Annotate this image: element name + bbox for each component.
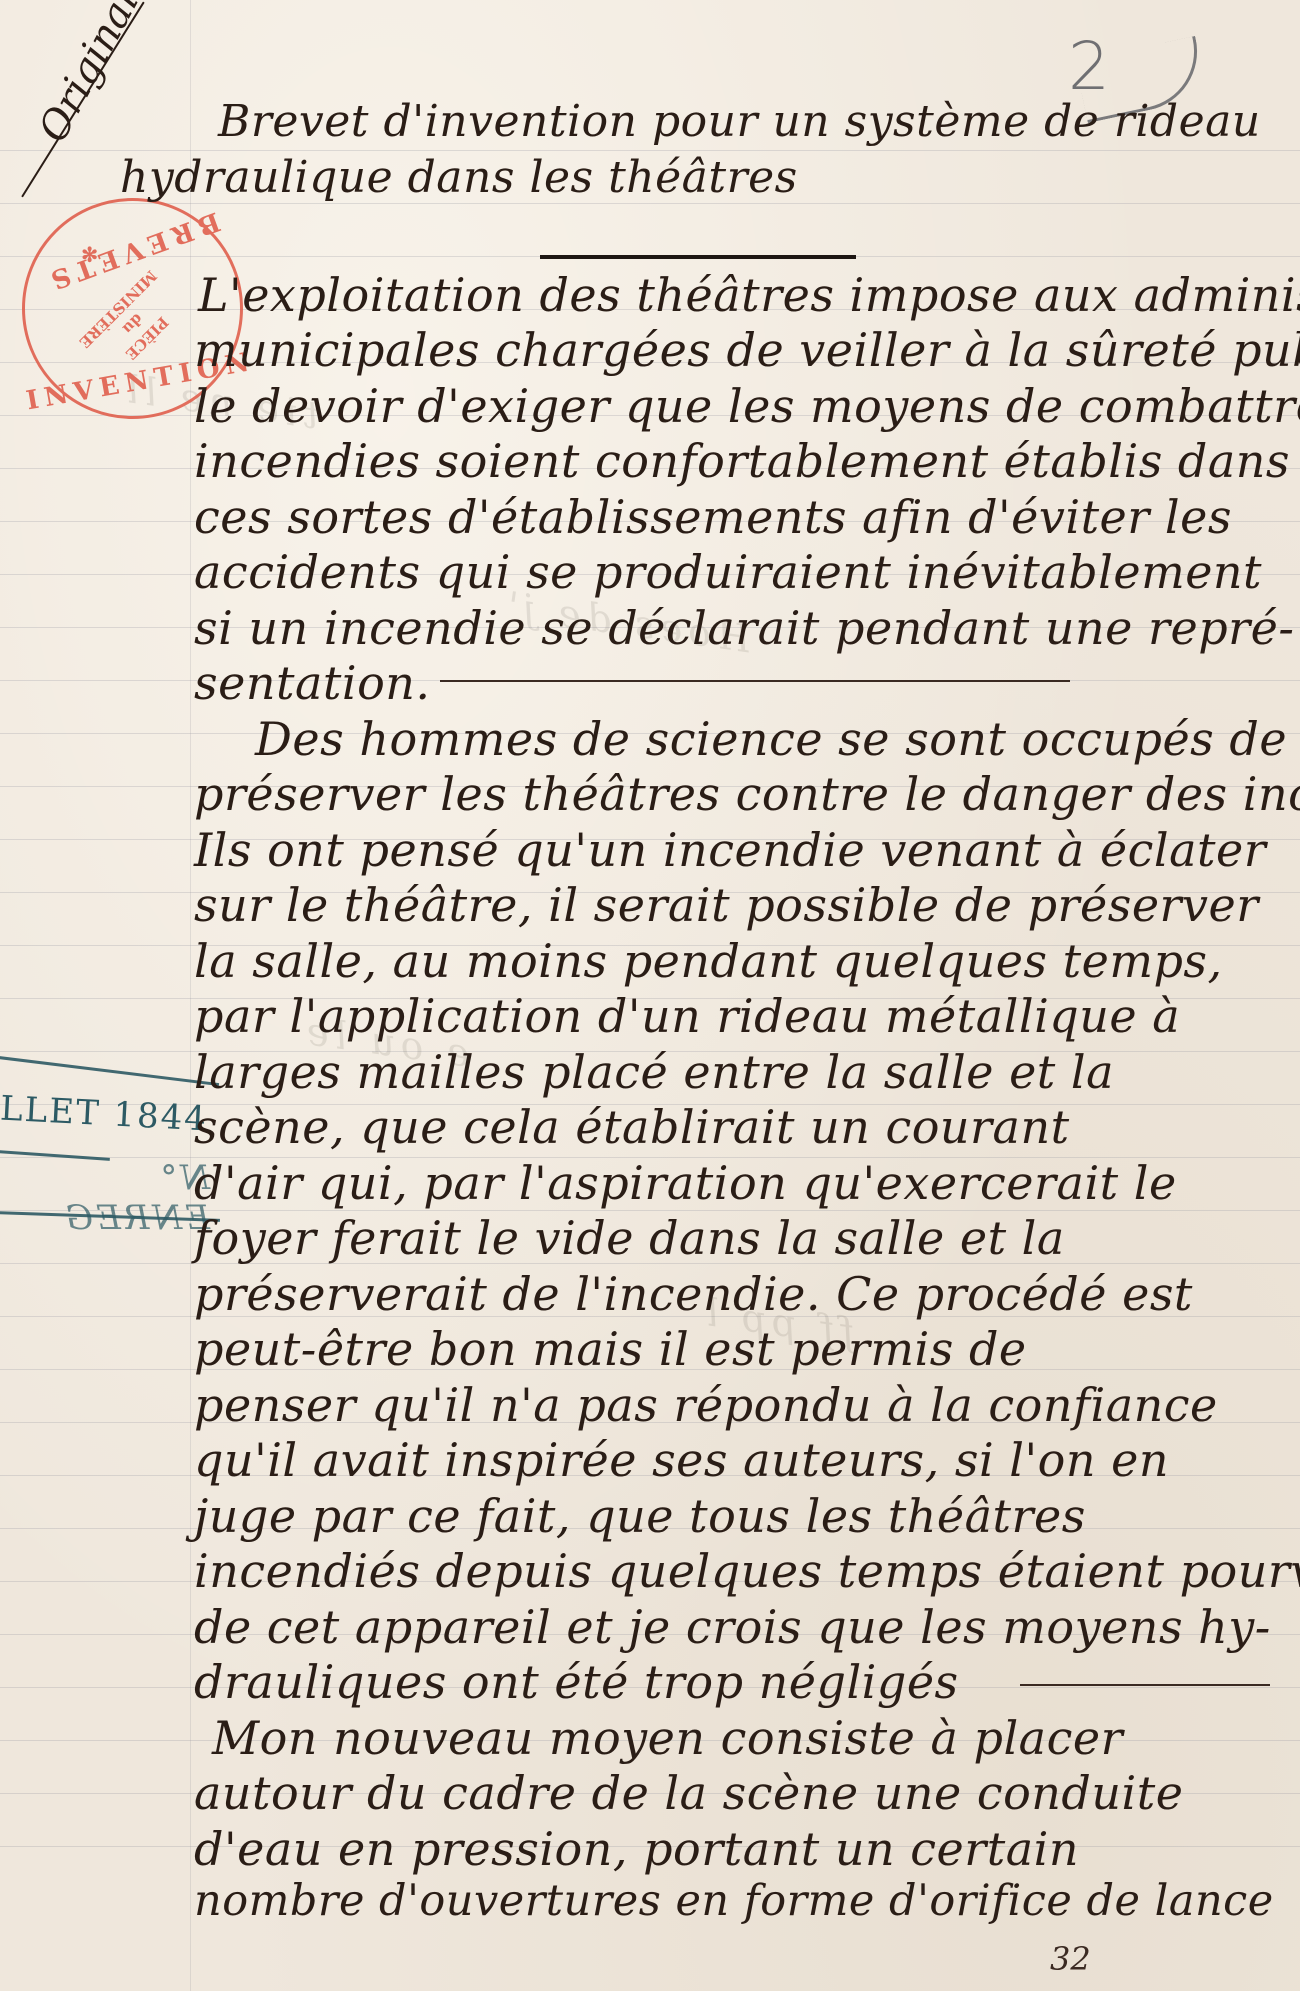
body-line: Mon nouveau moyen consiste à placer — [0, 1715, 1300, 1761]
title-underline — [540, 255, 856, 259]
body-line: penser qu'il n'a pas répondu à la confia… — [0, 1382, 1300, 1428]
body-line: Ils ont pensé qu'un incendie venant à éc… — [0, 827, 1300, 873]
body-line: de cet appareil et je crois que les moye… — [0, 1604, 1300, 1650]
body-line: larges mailles placé entre la salle et l… — [0, 1049, 1300, 1095]
body-line: drauliques ont été trop négligés — [0, 1659, 1300, 1705]
body-line: nombre d'ouvertures en forme d'orifice d… — [0, 1880, 1300, 1923]
body-line: sur le théâtre, il serait possible de pr… — [0, 882, 1300, 928]
body-line: si un incendie se déclarait pendant une … — [0, 605, 1300, 651]
body-line: d'air qui, par l'aspiration qu'exercerai… — [0, 1160, 1300, 1206]
body-line: le devoir d'exiger que les moyens de com… — [0, 383, 1300, 429]
line-filler-stroke — [440, 680, 1070, 682]
body-line: autour du cadre de la scène une conduite — [0, 1770, 1300, 1816]
manuscript-page: tie ne ll Hoes de j' e ou le ff pp l Ori… — [0, 0, 1300, 1991]
body-line: d'eau en pression, portant un certain — [0, 1826, 1300, 1872]
ruled-line — [0, 150, 1300, 151]
body-line: sentation. — [0, 660, 1300, 706]
title-line-2: hydraulique dans les théâtres — [0, 156, 1300, 200]
title-line-1: Brevet d'invention pour un système de ri… — [0, 100, 1300, 144]
ruled-line — [0, 203, 1300, 204]
body-line: la salle, au moins pendant quelques temp… — [0, 938, 1300, 984]
body-line: préserverait de l'incendie. Ce procédé e… — [0, 1271, 1300, 1317]
body-line: préserver les théâtres contre le danger … — [0, 771, 1300, 817]
body-line: scène, que cela établirait un courant — [0, 1104, 1300, 1150]
body-line: incendiés depuis quelques temps étaient … — [0, 1548, 1300, 1594]
body-line: juge par ce fait, que tous les théâtres — [0, 1493, 1300, 1539]
body-line: peut-être bon mais il est permis de — [0, 1326, 1300, 1372]
fleuron-icon: ✻ — [81, 242, 98, 266]
page-number: 32 — [1050, 1940, 1091, 1978]
body-line: ces sortes d'établissements afin d'évite… — [0, 494, 1300, 540]
body-line: qu'il avait inspirée ses auteurs, si l'o… — [0, 1437, 1300, 1483]
body-line: incendies soient confortablement établis… — [0, 438, 1300, 484]
body-line: municipales chargées de veiller à la sûr… — [0, 327, 1300, 373]
body-line: par l'application d'un rideau métallique… — [0, 993, 1300, 1039]
body-line: foyer ferait le vide dans la salle et la — [0, 1215, 1300, 1261]
body-line: L'exploitation des théâtres impose aux a… — [0, 272, 1300, 318]
body-line: Des hommes de science se sont occupés de — [0, 716, 1300, 762]
body-line: accidents qui se produiraient inévitable… — [0, 549, 1300, 595]
line-filler-stroke — [1020, 1684, 1270, 1686]
